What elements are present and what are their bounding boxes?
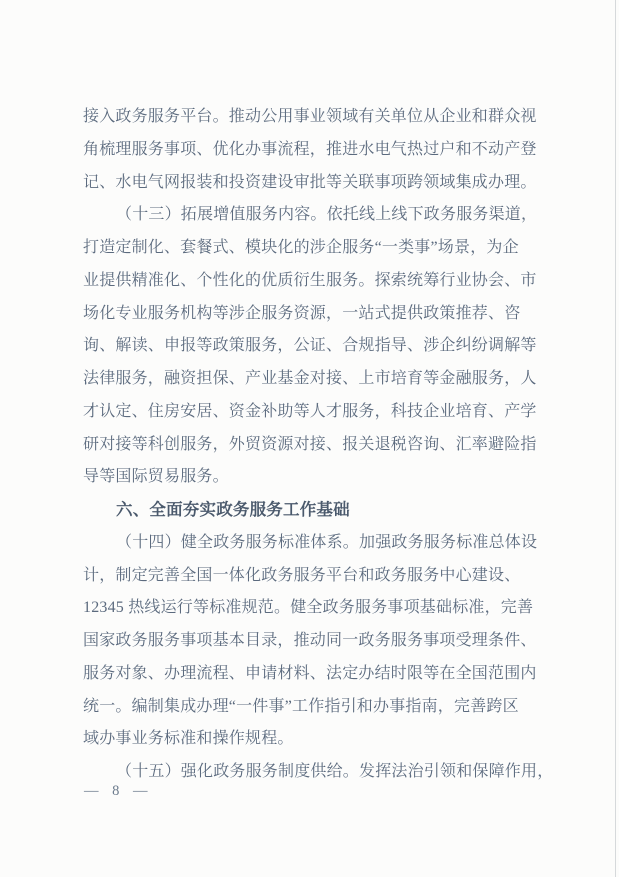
text-line: （十三）拓展增值服务内容。依托线上线下政务服务渠道， — [83, 199, 555, 232]
document-body: 接入政务服务平台。推动公用事业领域有关单位从企业和群众视角梳理服务事项、优化办事… — [83, 101, 555, 789]
text-line: 业提供精准化、个性化的优质衍生服务。探索统筹行业协会、市 — [83, 265, 555, 298]
text-line: 才认定、住房安居、资金补助等人才服务，科技企业培育、产学 — [83, 396, 555, 429]
section-heading: 六、全面夯实政务服务工作基础 — [83, 494, 555, 527]
text-line: 六、全面夯实政务服务工作基础 — [83, 494, 555, 527]
text-line: 域办事业务标准和操作规程。 — [83, 723, 555, 756]
paragraph: （十三）拓展增值服务内容。依托线上线下政务服务渠道，打造定制化、套餐式、模块化的… — [83, 199, 555, 494]
scanned-document-page: 接入政务服务平台。推动公用事业领域有关单位从企业和群众视角梳理服务事项、优化办事… — [0, 0, 619, 877]
text-line: 法律服务，融资担保、产业基金对接、上市培育等金融服务，人 — [83, 363, 555, 396]
text-line: （十四）健全政务服务标准体系。加强政务服务标准总体设 — [83, 527, 555, 560]
text-line: 场化专业服务机构等涉企服务资源，一站式提供政策推荐、咨 — [83, 298, 555, 331]
text-line: 打造定制化、套餐式、模块化的涉企服务“一类事”场景，为企 — [83, 232, 555, 265]
text-line: 询、解读、申报等政策服务，公证、合规指导、涉企纠纷调解等 — [83, 330, 555, 363]
paragraph: （十五）强化政务服务制度供给。发挥法治引领和保障作用， — [83, 756, 555, 789]
text-line: 计，制定完善全国一体化政务服务平台和政务服务中心建设、 — [83, 560, 555, 593]
text-line: 导等国际贸易服务。 — [83, 461, 555, 494]
text-line: 统一。编制集成办理“一件事”工作指引和办事指南，完善跨区 — [83, 691, 555, 724]
text-line: 研对接等科创服务，外贸资源对接、报关退税咨询、汇率避险指 — [83, 429, 555, 462]
text-line: （十五）强化政务服务制度供给。发挥法治引领和保障作用， — [83, 756, 555, 789]
page-number: — 8 — — [84, 781, 149, 801]
paragraph: 接入政务服务平台。推动公用事业领域有关单位从企业和群众视角梳理服务事项、优化办事… — [83, 101, 555, 199]
text-line: 角梳理服务事项、优化办事流程，推进水电气热过户和不动产登 — [83, 134, 555, 167]
paragraph: （十四）健全政务服务标准体系。加强政务服务标准总体设计，制定完善全国一体化政务服… — [83, 527, 555, 756]
text-line: 12345 热线运行等标准规范。健全政务服务事项基础标准，完善 — [83, 592, 555, 625]
text-line: 国家政务服务事项基本目录，推动同一政务服务事项受理条件、 — [83, 625, 555, 658]
text-line: 服务对象、办理流程、申请材料、法定办结时限等在全国范围内 — [83, 658, 555, 691]
scan-edge-line — [615, 0, 616, 877]
text-line: 记、水电气网报装和投资建设审批等关联事项跨领域集成办理。 — [83, 167, 555, 200]
text-line: 接入政务服务平台。推动公用事业领域有关单位从企业和群众视 — [83, 101, 555, 134]
